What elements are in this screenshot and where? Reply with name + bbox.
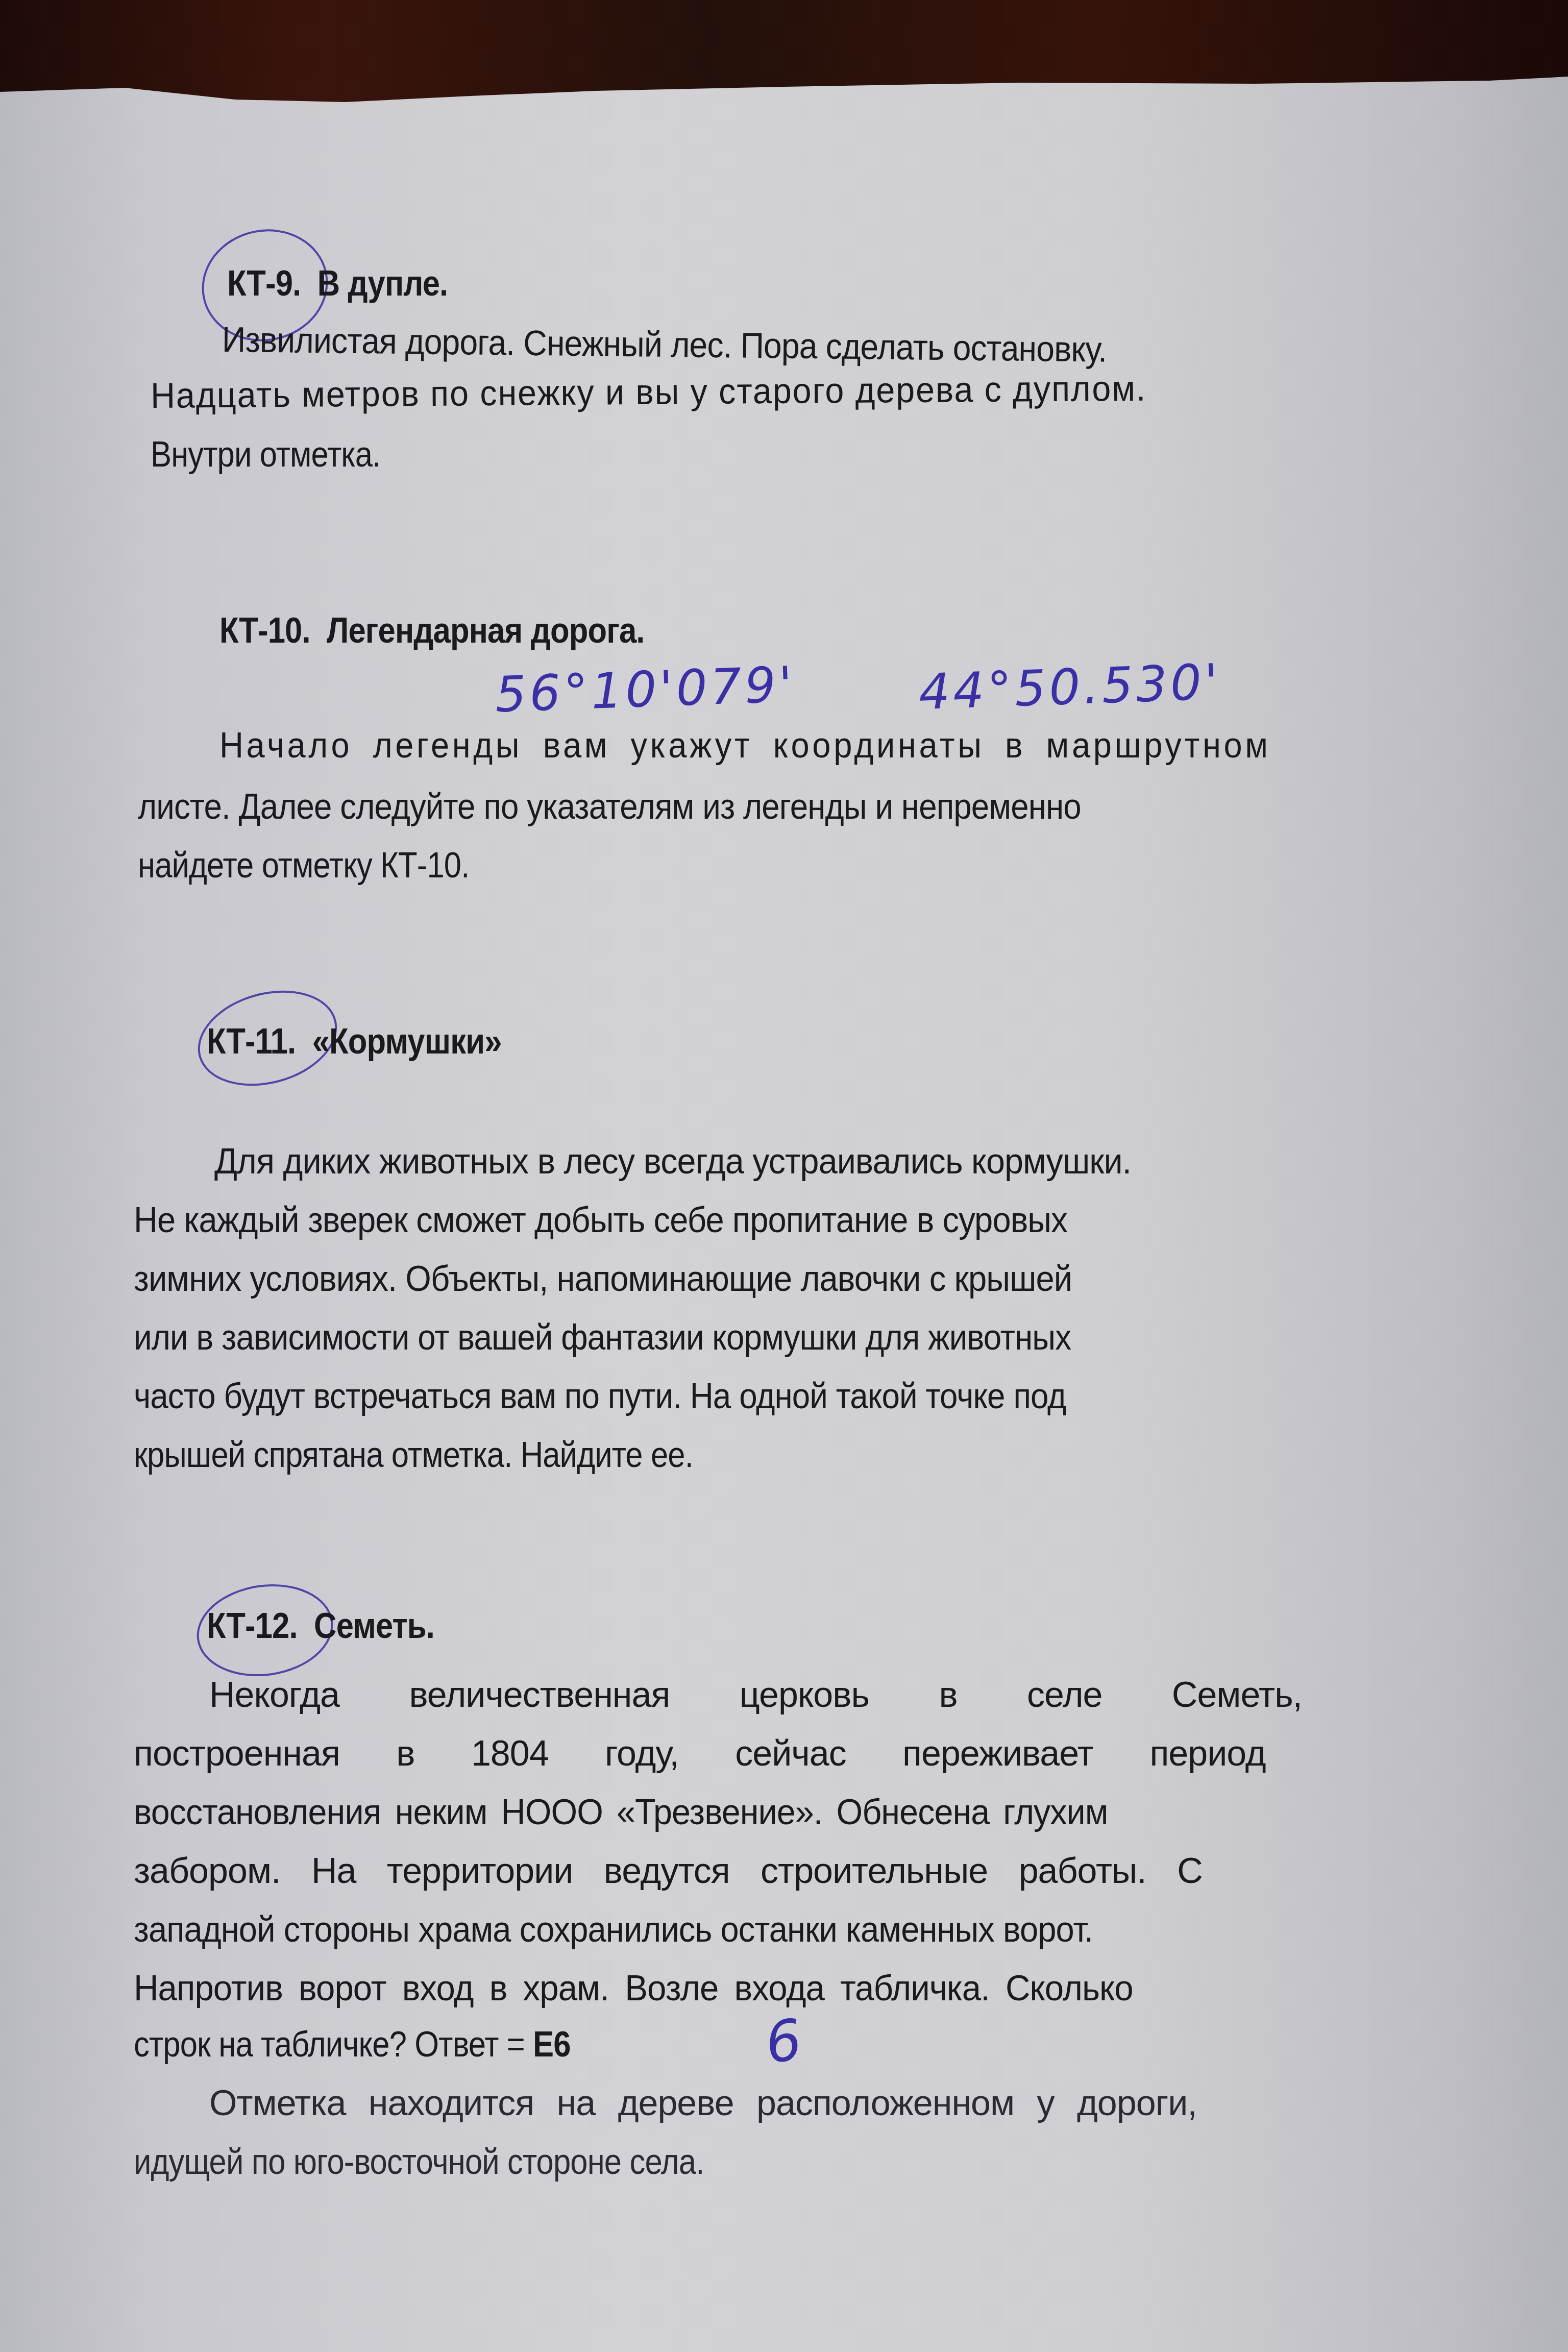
section-title: Семеть. — [314, 1606, 434, 1646]
answer-line: строк на табличке? Ответ = Е6 — [134, 2024, 571, 2065]
section-heading: КТ-10. Легендарная дорога. — [219, 610, 645, 651]
section-title: Легендарная дорога. — [327, 610, 644, 650]
paragraph-line: крышей спрятана отметка. Найдите ее. — [134, 1434, 693, 1475]
paragraph-line: западной стороны храма сохранились остан… — [134, 1909, 1093, 1950]
paragraph-line: часто будут встречаться вам по пути. На … — [134, 1376, 1066, 1416]
paragraph-line: Напротив ворот вход в храм. Возле входа … — [134, 1968, 1133, 2008]
paragraph-line: листе. Далее следуйте по указателям из л… — [138, 786, 1081, 827]
section-heading: КТ-12. Семеть. — [207, 1605, 434, 1646]
paragraph-line: Надцать метров по снежку и вы у старого … — [151, 368, 1147, 416]
paragraph-line: восстановления неким НООО «Трезвение». О… — [134, 1792, 1108, 1832]
section-code: КТ-12. — [207, 1606, 298, 1646]
handwritten-longitude: 44°50.530' — [918, 653, 1222, 721]
paragraph-line: или в зависимости от вашей фантазии корм… — [134, 1317, 1071, 1358]
paragraph-line: Отметка находится на дереве расположенно… — [209, 2082, 1197, 2123]
section-title: В дупле. — [317, 263, 448, 303]
question-text: строк на табличке? Ответ = — [134, 2024, 533, 2064]
paragraph-line: Некогда величественная церковь в селе Се… — [209, 1674, 1302, 1715]
paragraph-line: зимних условиях. Объекты, напоминающие л… — [134, 1258, 1072, 1299]
section-code: КТ-11. — [207, 1021, 296, 1061]
handwritten-latitude: 56°10'079' — [494, 656, 796, 723]
paragraph-line: Для диких животных в лесу всегда устраив… — [214, 1141, 1131, 1182]
paragraph-line: забором. На территории ведутся строитель… — [134, 1850, 1203, 1891]
section-heading: КТ-11. «Кормушки» — [207, 1021, 502, 1062]
section-code: КТ-9. — [227, 263, 301, 303]
paragraph-line: Не каждый зверек сможет добыть себе проп… — [134, 1199, 1067, 1240]
paragraph-line: найдете отметку КТ-10. — [138, 845, 469, 886]
section-code: КТ-10. — [219, 610, 310, 650]
answer-label: Е6 — [533, 2024, 571, 2064]
section-title: «Кормушки» — [312, 1021, 502, 1061]
paragraph-line: идущей по юго-восточной стороне села. — [134, 2141, 704, 2182]
paragraph-line: Начало легенды вам укажут координаты в м… — [219, 725, 1271, 766]
section-heading: КТ-9. В дупле. — [227, 263, 448, 304]
paragraph-line: Внутри отметка. — [151, 434, 380, 475]
paragraph-line: построенная в 1804 году, сейчас пережива… — [134, 1733, 1266, 1774]
